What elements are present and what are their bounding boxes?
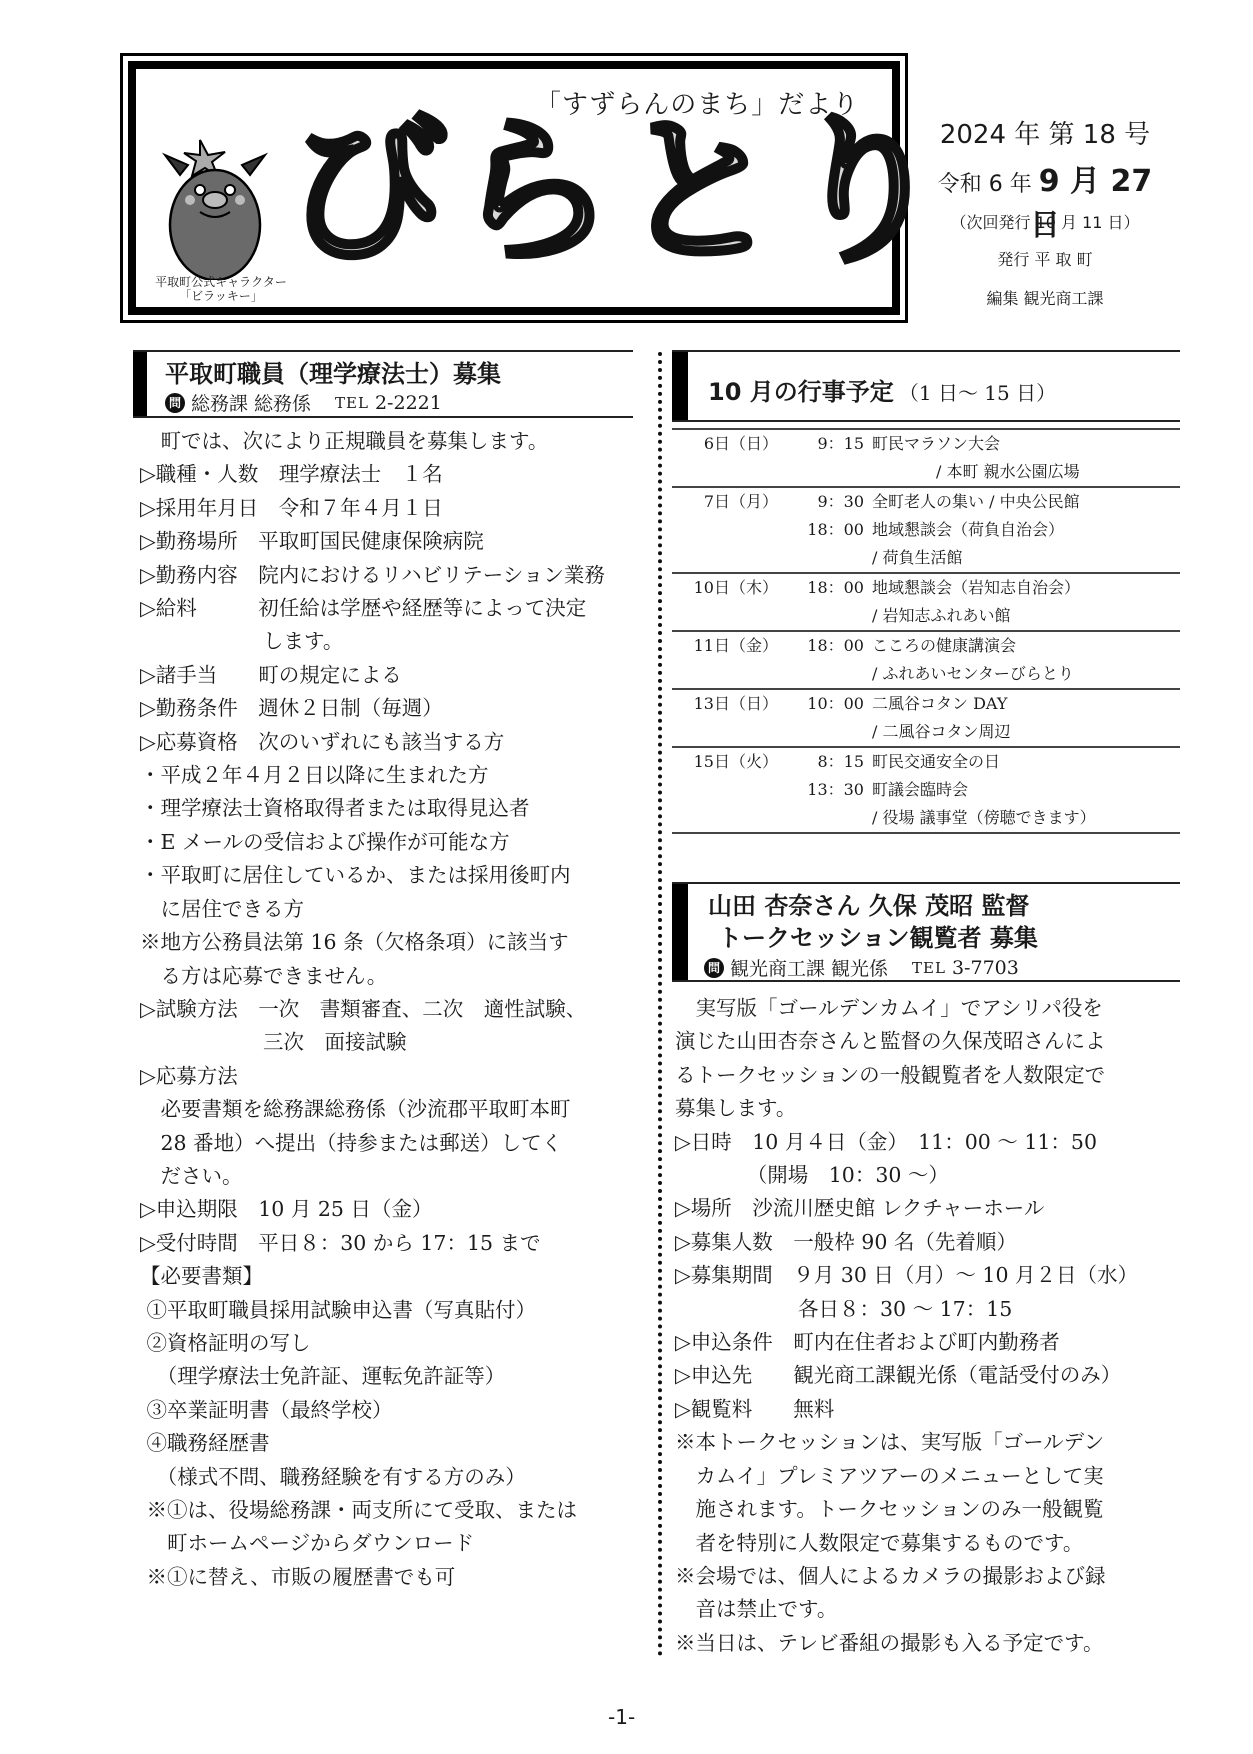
text-line: に居住できる方 xyxy=(140,893,605,926)
text-line: ・理学療法士資格取得者または取得見込者 xyxy=(140,792,605,825)
text-line: ・平成２年４月２日以降に生まれた方 xyxy=(140,759,605,792)
text-line: ④職務経歴書 xyxy=(140,1427,605,1460)
event-line: 10日（木）18：00地域懇談会（岩知志自治会） xyxy=(672,574,1180,602)
text-line: 28 番地）へ提出（持参または郵送）してく xyxy=(140,1127,605,1160)
text-line: 演じた山田杏奈さんと監督の久保茂昭さんによ xyxy=(675,1025,1138,1058)
event-row: 11日（金）18：00こころの健康講演会/ ふれあいセンターびらとり xyxy=(672,632,1180,690)
text-line: ▷応募方法 xyxy=(140,1060,605,1093)
text-line: ▷勤務条件 週休２日制（毎週） xyxy=(140,692,605,725)
issue-number: 2024 年 第 18 号 xyxy=(935,114,1155,151)
event-line: 13日（日）10：00二風谷コタン DAY xyxy=(672,690,1180,718)
event-time xyxy=(778,544,864,572)
text-line: るトークセッションの一般観覧者を人数限定で xyxy=(675,1059,1138,1092)
mascot-icon xyxy=(150,130,280,280)
recruit-section-header: 平取町職員（理学療法士）募集 問 総務課 総務係 TEL 2-2221 xyxy=(133,350,633,418)
text-line: ▷応募資格 次のいずれにも該当する方 xyxy=(140,726,605,759)
event-line: 15日（火）8：15町民交通安全の日 xyxy=(672,748,1180,776)
event-description: 全町老人の集い / 中央公民館 xyxy=(864,488,1080,516)
event-description: こころの健康講演会 xyxy=(864,632,1016,660)
recruit-contact: 問 総務課 総務係 TEL 2-2221 xyxy=(165,389,442,416)
text-line: ▷勤務場所 平取町国民健康保険病院 xyxy=(140,525,605,558)
header-accent-bar xyxy=(133,352,147,416)
text-line: ▷観覧料 無料 xyxy=(675,1393,1138,1426)
event-line: / 本町 親水公園広場 xyxy=(672,458,1180,486)
event-time xyxy=(778,718,864,746)
event-description: / 岩知志ふれあい館 xyxy=(864,602,1010,630)
event-date xyxy=(672,516,778,544)
event-date xyxy=(672,776,778,804)
event-time: 9：15 xyxy=(778,430,864,458)
text-line: ※会場では、個人によるカメラの撮影および録 xyxy=(675,1560,1138,1593)
text-line: （開場 10：30 ～） xyxy=(675,1159,1138,1192)
text-line: ※①は、役場総務課・両支所にて受取、または xyxy=(140,1494,605,1527)
text-line: ②資格証明の写し xyxy=(140,1327,605,1360)
event-time xyxy=(778,458,864,486)
text-line: ださい。 xyxy=(140,1160,605,1193)
event-date xyxy=(672,660,778,688)
tel-label: TEL xyxy=(912,959,946,977)
talk-title-line1: 山田 杏奈さん 久保 茂昭 監督 xyxy=(708,886,1029,921)
event-line: 18：00地域懇談会（荷負自治会） xyxy=(672,516,1180,544)
event-description: 町議会臨時会 xyxy=(864,776,968,804)
page-number: -1- xyxy=(608,1705,635,1729)
event-time: 8：15 xyxy=(778,748,864,776)
event-description: / ふれあいセンターびらとり xyxy=(864,660,1074,688)
event-time: 18：00 xyxy=(778,632,864,660)
text-line: ※本トークセッションは、実写版「ゴールデン xyxy=(675,1426,1138,1459)
text-line: 各日８：30 ～ 17：15 xyxy=(675,1293,1138,1326)
header-accent-bar xyxy=(672,884,688,980)
text-line: ▷申込期限 10 月 25 日（金） xyxy=(140,1193,605,1226)
text-line: （理学療法士免許証、運転免許証等） xyxy=(140,1360,605,1393)
tel-number: 3-7703 xyxy=(952,957,1019,979)
text-line: ※当日は、テレビ番組の撮影も入る予定です。 xyxy=(675,1627,1138,1660)
event-line: / 岩知志ふれあい館 xyxy=(672,602,1180,630)
text-line: ③卒業証明書（最終学校） xyxy=(140,1394,605,1427)
text-line: 【必要書類】 xyxy=(140,1260,605,1293)
event-time xyxy=(778,804,864,832)
event-line: / ふれあいセンターびらとり xyxy=(672,660,1180,688)
text-line: ▷日時 10 月４日（金） 11：00 ～ 11：50 xyxy=(675,1126,1138,1159)
event-time: 9：30 xyxy=(778,488,864,516)
event-date: 13日（日） xyxy=(672,690,778,718)
recruit-body: 町では、次により正規職員を募集します。▷職種・人数 理学療法士 １名▷採用年月日… xyxy=(140,425,605,1594)
text-line: ①平取町職員採用試験申込書（写真貼付） xyxy=(140,1294,605,1327)
event-description: 町民交通安全の日 xyxy=(864,748,1000,776)
event-row: 10日（木）18：00地域懇談会（岩知志自治会）/ 岩知志ふれあい館 xyxy=(672,574,1180,632)
event-description: 地域懇談会（荷負自治会） xyxy=(864,516,1064,544)
text-line: 音は禁止です。 xyxy=(675,1593,1138,1626)
event-time: 18：00 xyxy=(778,574,864,602)
event-line: / 役場 議事堂（傍聴できます） xyxy=(672,804,1180,832)
editor: 編集 観光商工課 xyxy=(935,286,1155,309)
event-date xyxy=(672,718,778,746)
event-time: 13：30 xyxy=(778,776,864,804)
text-line: 募集します。 xyxy=(675,1092,1138,1125)
text-line: ▷受付時間 平日８：30 から 17：15 まで xyxy=(140,1227,605,1260)
mascot-caption: 平取町公式キャラクター 「ビラッキー」 xyxy=(146,275,296,303)
text-line: ▷給料 初任給は学歴や経歴等によって決定 xyxy=(140,592,605,625)
text-line: ▷諸手当 町の規定による xyxy=(140,659,605,692)
text-line: る方は応募できません。 xyxy=(140,960,605,993)
talk-body: 実写版「ゴールデンカムイ」でアシリパ役を演じた山田杏奈さんと監督の久保茂昭さんに… xyxy=(675,992,1138,1660)
tel-label: TEL xyxy=(335,394,369,412)
header-accent-bar xyxy=(672,352,688,420)
event-description: / 役場 議事堂（傍聴できます） xyxy=(864,804,1096,832)
talk-title-line2: トークセッション観覧者 募集 xyxy=(718,918,1038,953)
text-line: ▷申込先 観光商工課観光係（電話受付のみ） xyxy=(675,1359,1138,1392)
text-line: 町では、次により正規職員を募集します。 xyxy=(140,425,605,458)
event-description: 地域懇談会（岩知志自治会） xyxy=(864,574,1080,602)
event-row: 15日（火）8：15町民交通安全の日13：30町議会臨時会/ 役場 議事堂（傍聴… xyxy=(672,748,1180,834)
text-line: ▷職種・人数 理学療法士 １名 xyxy=(140,458,605,491)
event-description: 二風谷コタン DAY xyxy=(864,690,1007,718)
events-table: 6日（日）9：15町民マラソン大会 / 本町 親水公園広場7日（月）9：30全町… xyxy=(672,428,1180,834)
event-line: / 二風谷コタン周辺 xyxy=(672,718,1180,746)
text-line: 実写版「ゴールデンカムイ」でアシリパ役を xyxy=(675,992,1138,1025)
event-time xyxy=(778,660,864,688)
inquiry-icon: 問 xyxy=(165,393,185,413)
event-date: 11日（金） xyxy=(672,632,778,660)
text-line: 三次 面接試験 xyxy=(140,1026,605,1059)
events-section-header: 10 月の行事予定 （1 日～ 15 日） xyxy=(672,350,1180,422)
text-line: ※①に替え、市販の履歴書でも可 xyxy=(140,1561,605,1594)
text-line: ▷試験方法 一次 書類審査、二次 適性試験、 xyxy=(140,993,605,1026)
text-line: 町ホームページからダウンロード xyxy=(140,1527,605,1560)
text-line: ・平取町に居住しているか、または採用後町内 xyxy=(140,859,605,892)
text-line: ▷場所 沙流川歴史館 レクチャーホール xyxy=(675,1192,1138,1225)
event-row: 13日（日）10：00二風谷コタン DAY/ 二風谷コタン周辺 xyxy=(672,690,1180,748)
event-row: 6日（日）9：15町民マラソン大会 / 本町 親水公園広場 xyxy=(672,430,1180,488)
text-line: ▷勤務内容 院内におけるリハビリテーション業務 xyxy=(140,559,605,592)
event-description: / 本町 親水公園広場 xyxy=(864,458,1080,486)
talk-section-header: 山田 杏奈さん 久保 茂昭 監督 トークセッション観覧者 募集 問 観光商工課 … xyxy=(672,882,1180,982)
events-range: （1 日～ 15 日） xyxy=(899,381,1056,405)
text-line: 施されます。トークセッションのみ一般観覧 xyxy=(675,1493,1138,1526)
event-description: / 荷負生活館 xyxy=(864,544,962,572)
event-line: 11日（金）18：00こころの健康講演会 xyxy=(672,632,1180,660)
talk-contact: 問 観光商工課 観光係 TEL 3-7703 xyxy=(704,954,1019,981)
publisher: 発行 平 取 町 xyxy=(935,247,1155,270)
events-title: 10 月の行事予定 xyxy=(708,378,894,406)
text-line: ▷採用年月日 令和７年４月１日 xyxy=(140,492,605,525)
next-issue-date: （次回発行 10 月 11 日） xyxy=(935,210,1155,233)
event-description: 町民マラソン大会 xyxy=(864,430,1000,458)
event-line: 7日（月）9：30全町老人の集い / 中央公民館 xyxy=(672,488,1180,516)
text-line: 者を特別に人数限定で募集するものです。 xyxy=(675,1527,1138,1560)
text-line: （様式不問、職務経験を有する方のみ） xyxy=(140,1461,605,1494)
text-line: カムイ」プレミアツアーのメニューとして実 xyxy=(675,1460,1138,1493)
tel-number: 2-2221 xyxy=(375,392,442,414)
recruit-title: 平取町職員（理学療法士）募集 xyxy=(165,354,501,389)
event-date: 7日（月） xyxy=(672,488,778,516)
event-description: / 二風谷コタン周辺 xyxy=(864,718,1010,746)
event-date: 10日（木） xyxy=(672,574,778,602)
text-line: します。 xyxy=(140,625,605,658)
event-time: 10：00 xyxy=(778,690,864,718)
text-line: ▷募集期間 ９月 30 日（月）～ 10 月２日（水） xyxy=(675,1259,1138,1292)
event-time: 18：00 xyxy=(778,516,864,544)
event-line: 13：30町議会臨時会 xyxy=(672,776,1180,804)
event-line: / 荷負生活館 xyxy=(672,544,1180,572)
text-line: 必要書類を総務課総務係（沙流郡平取町本町 xyxy=(140,1093,605,1126)
event-row: 7日（月）9：30全町老人の集い / 中央公民館18：00地域懇談会（荷負自治会… xyxy=(672,488,1180,574)
text-line: ▷募集人数 一般枠 90 名（先着順） xyxy=(675,1226,1138,1259)
text-line: ▷申込条件 町内在住者および町内勤務者 xyxy=(675,1326,1138,1359)
event-date: 6日（日） xyxy=(672,430,778,458)
event-date xyxy=(672,602,778,630)
event-date xyxy=(672,458,778,486)
event-line: 6日（日）9：15町民マラソン大会 xyxy=(672,430,1180,458)
masthead-logo-title: びらとり xyxy=(288,112,952,272)
event-date: 15日（火） xyxy=(672,748,778,776)
event-date xyxy=(672,544,778,572)
inquiry-icon: 問 xyxy=(704,958,724,978)
column-divider xyxy=(658,352,662,1657)
event-date xyxy=(672,804,778,832)
event-time xyxy=(778,602,864,630)
text-line: ・E メールの受信および操作が可能な方 xyxy=(140,826,605,859)
text-line: ※地方公務員法第 16 条（欠格条項）に該当す xyxy=(140,926,605,959)
